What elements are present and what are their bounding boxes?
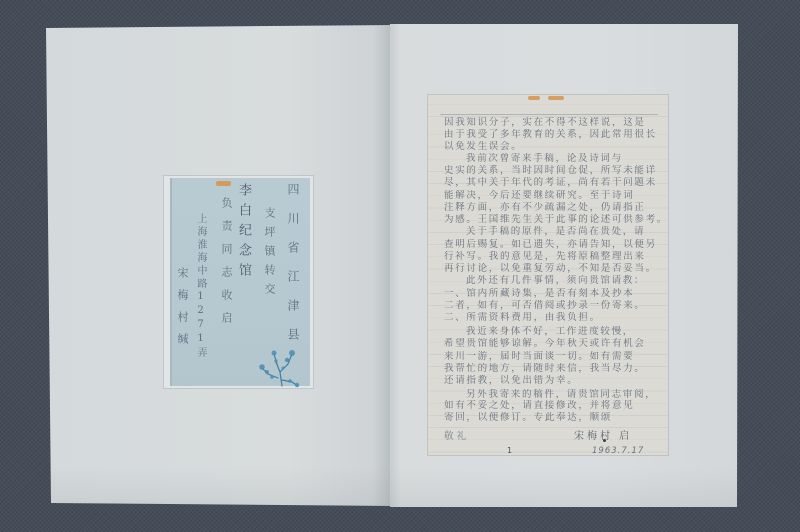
letter-line: 再行讨论，以免重复劳动，不知是否妥当。 bbox=[444, 263, 660, 274]
letter-date: 1963.7.17 bbox=[592, 446, 644, 456]
letter-line: 史实的关系，当时因时间仓促，所写未能详 bbox=[444, 165, 660, 176]
envelope-recipient: 负责同志收启 bbox=[221, 197, 232, 335]
envelope-sender-address: 上海淮海中路1271弄 bbox=[195, 213, 205, 360]
letter-line: 尽，其中关于年代的考证，尚有若干问题未 bbox=[444, 177, 660, 188]
page-shadow bbox=[46, 466, 390, 506]
envelope-recipient-org: 李白纪念馆 bbox=[237, 183, 250, 283]
rust-stain bbox=[548, 96, 564, 100]
letter-line: 希望贵馆能够谅解。今年秋天或许有机会 bbox=[444, 338, 660, 349]
letter-line: 行补写。我的意见是，先将原稿整理出来 bbox=[444, 251, 660, 262]
letter-line: 我前次曾寄来手稿，论及诗词与 bbox=[466, 153, 660, 164]
letter-line: 我近来身体不好，工作进度较慢， bbox=[466, 326, 660, 337]
letter-line: 二者，如有，可否借阅或抄录一份寄来。 bbox=[444, 300, 660, 311]
rust-stain bbox=[528, 96, 540, 100]
letter-line: 二、所需资料费用，由我负担。 bbox=[444, 312, 660, 323]
letter-line: 此外还有几件事情，须向贵馆请教： bbox=[466, 275, 660, 286]
letter-line: 由于我受了多年教育的关系，因此常用很长 bbox=[444, 129, 660, 140]
ink-dot bbox=[603, 439, 606, 442]
letter-closing: 敬礼 bbox=[444, 428, 469, 442]
letter-line: 我帮忙的地方，请随时来信，我当尽力。 bbox=[444, 363, 660, 374]
letter-line: 为感。王国维先生关于此事的论述可供参考。 bbox=[444, 214, 660, 225]
page-shadow bbox=[390, 467, 738, 507]
letter-line: 如有不妥之处，请直接修改，并将意见 bbox=[444, 400, 660, 411]
letter-line: 关于手稿的原件，是否尚在贵处，请 bbox=[466, 226, 660, 237]
letter-line: 查明后赐复。如已遗失，亦请告知，以便另 bbox=[444, 239, 660, 250]
letter-top-rule bbox=[440, 114, 658, 115]
floral-print-icon bbox=[256, 344, 302, 388]
letter-line: 另外我寄来的稿件，请贵馆同志审阅， bbox=[466, 389, 660, 400]
letter-line: 来川一游，届时当面谈一切。如有需要 bbox=[444, 351, 660, 362]
envelope-forwarding: 支坪镇转交 bbox=[264, 207, 275, 302]
letter-line: 一、馆内所藏诗集，是否有刻本及抄本 bbox=[444, 288, 660, 299]
envelope-recipient-address: 四川省江津县 bbox=[287, 183, 299, 357]
letter-page-number: 1 bbox=[507, 446, 512, 455]
envelope-sender: 宋梅村缄 bbox=[177, 267, 188, 355]
letter-line: 以免发生误会。 bbox=[444, 141, 660, 152]
letter-line: 因我知识分子，实在不得不这样说，这是 bbox=[444, 117, 660, 128]
tape-stain bbox=[216, 181, 231, 186]
letter-line: 还请指教，以免出错为幸。 bbox=[444, 375, 660, 386]
letter-line: 能解决，今后还要继续研究。至于诗词 bbox=[444, 190, 660, 201]
letter-line: 注释方面，亦有不少疏漏之处，仍请指正 bbox=[444, 202, 660, 213]
letter-line: 寄回，以便修订。专此奉达，顺颂 bbox=[444, 412, 660, 423]
handwritten-letter: 因我知识分子，实在不得不这样说，这是 由于我受了多年教育的关系，因此常用很长 以… bbox=[428, 95, 668, 455]
